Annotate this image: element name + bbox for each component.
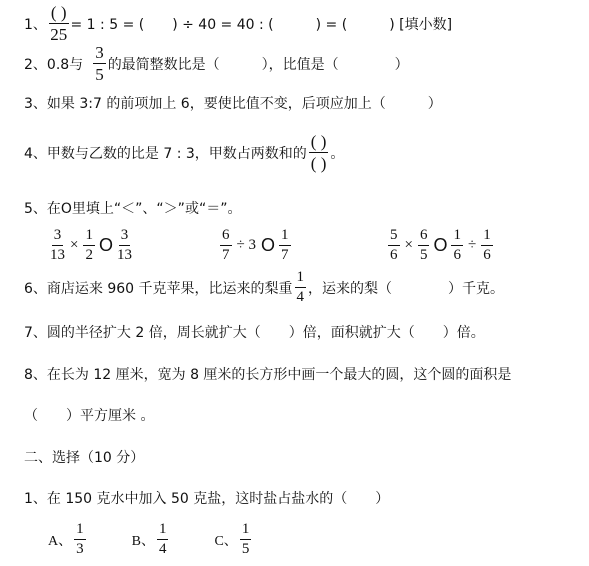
- choice-question-1: 1、在 150 克水中加入 50 克盐，这时盐占盐水的（ ）: [24, 488, 389, 508]
- fraction: 16: [481, 228, 493, 263]
- fraction: 56: [388, 228, 400, 263]
- question-4: 4、甲数与乙数的比是 7 : 3，甲数占两数和的 ( ) ( ) 。: [24, 133, 344, 172]
- compare-item-3: 56 × 65 O 16 ÷ 16: [386, 228, 495, 263]
- question-text: 8、在长为 12 厘米，宽为 8 厘米的长方形中画一个最大的圆，这个圆的面积是: [24, 364, 511, 384]
- option-b-label[interactable]: B、: [132, 530, 155, 550]
- compare-circle-blank[interactable]: O: [261, 235, 275, 256]
- question-8-line-2: （ ）平方厘米 。: [24, 405, 154, 425]
- divide-by-3: ÷ 3: [237, 237, 256, 254]
- compare-circle-blank[interactable]: O: [433, 235, 447, 256]
- question-2: 2、 0.8与 3 5 的最简整数比是（ ），比值是（ ）: [24, 44, 409, 83]
- question-number: 2、: [24, 54, 47, 74]
- divide-sign: ÷: [468, 237, 476, 254]
- multiply-sign: ×: [405, 237, 413, 254]
- choice-options: A、 13 B、 14 C、 15: [48, 522, 253, 557]
- compare-item-1: 313 × 12 O 313: [48, 228, 134, 263]
- question-text-post: 的最简整数比是（ ），比值是（ ）: [108, 54, 409, 74]
- question-1: 1、 ( ) 25 = 1 : 5 = ( ) ÷ 40 = 40 : ( ) …: [24, 4, 452, 43]
- multiply-sign: ×: [70, 237, 78, 254]
- fraction: 313: [50, 228, 65, 263]
- fraction-blank-over-25: ( ) 25: [49, 4, 69, 43]
- fraction: 16: [451, 228, 463, 263]
- option-a-fraction: 13: [74, 522, 86, 557]
- question-text: 7、圆的半径扩大 2 倍，周长就扩大（ ）倍，面积就扩大（ ）倍。: [24, 322, 485, 342]
- option-a-label[interactable]: A、: [48, 530, 72, 550]
- question-text-post: 。: [330, 143, 344, 163]
- question-text: 3、如果 3:7 的前项加上 6，要使比值不变，后项应加上（ ）: [24, 93, 442, 113]
- question-text-pre: 6、商店运来 960 千克苹果，比运来的梨重: [24, 278, 293, 298]
- fraction: 313: [117, 228, 132, 263]
- option-c-fraction: 15: [240, 522, 252, 557]
- fraction-3-5: 3 5: [93, 44, 106, 83]
- fraction: 12: [83, 228, 95, 263]
- question-text-pre: 0.8与: [47, 54, 83, 74]
- question-text: （ ）平方厘米 。: [24, 405, 154, 425]
- question-8-line-1: 8、在长为 12 厘米，宽为 8 厘米的长方形中画一个最大的圆，这个圆的面积是: [24, 364, 511, 384]
- option-c-label[interactable]: C、: [214, 530, 237, 550]
- question-text: 1、在 150 克水中加入 50 克盐，这时盐占盐水的（ ）: [24, 488, 389, 508]
- fraction: 65: [418, 228, 430, 263]
- compare-circle-blank[interactable]: O: [99, 235, 113, 256]
- section-2-title: 二、选择（10 分）: [24, 447, 144, 467]
- question-number: 1、: [24, 14, 47, 34]
- question-text-post: ，运来的梨（ ）千克。: [308, 278, 504, 298]
- question-text: 5、在O里填上“＜”、“＞”或“＝”。: [24, 198, 241, 218]
- option-b-fraction: 14: [157, 522, 169, 557]
- question-text: = 1 : 5 = ( ) ÷ 40 = 40 : ( ) = ( ) [填小数…: [71, 14, 453, 34]
- question-7: 7、圆的半径扩大 2 倍，周长就扩大（ ）倍，面积就扩大（ ）倍。: [24, 322, 485, 342]
- fraction-1-4: 1 4: [295, 270, 307, 305]
- question-3: 3、如果 3:7 的前项加上 6，要使比值不变，后项应加上（ ）: [24, 93, 442, 113]
- question-6: 6、商店运来 960 千克苹果，比运来的梨重 1 4 ，运来的梨（ ）千克。: [24, 270, 504, 305]
- compare-item-2: 67 ÷ 3 O 17: [218, 228, 293, 263]
- question-text-pre: 4、甲数与乙数的比是 7 : 3，甲数占两数和的: [24, 143, 307, 163]
- question-5: 5、在O里填上“＜”、“＞”或“＝”。: [24, 198, 241, 218]
- fraction: 17: [279, 228, 291, 263]
- fraction-blank-blank: ( ) ( ): [309, 133, 329, 172]
- section-heading: 二、选择（10 分）: [24, 447, 144, 467]
- fraction: 67: [220, 228, 232, 263]
